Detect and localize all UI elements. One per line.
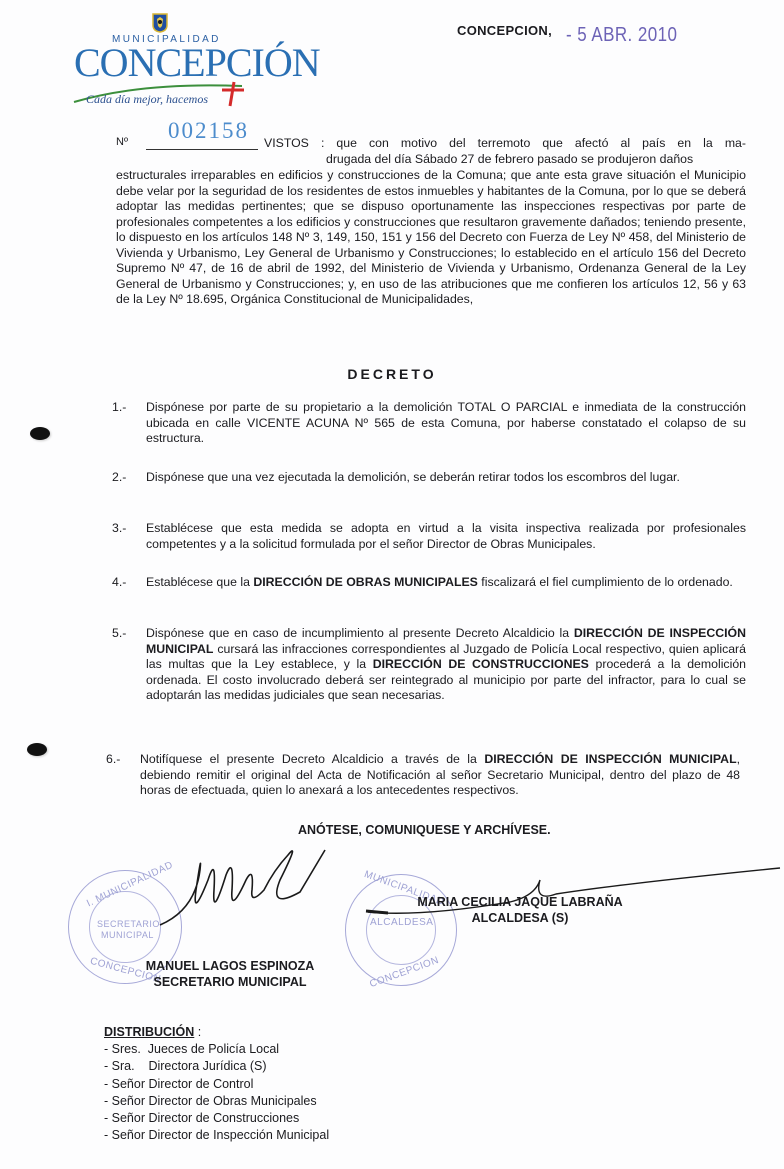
secretary-title: SECRETARIO MUNICIPAL	[130, 974, 330, 990]
decree-number-stamp: 002158	[168, 118, 249, 144]
mayor-title: ALCALDESA (S)	[400, 910, 640, 926]
decree-item-number: 4.-	[112, 575, 126, 591]
vistos-line-1: VISTOS : que con motivo del terremoto qu…	[264, 136, 746, 152]
punch-hole	[30, 427, 50, 440]
date-stamp: - 5 ABR. 2010	[566, 24, 677, 47]
decree-number-underline	[146, 149, 258, 150]
vistos-line-2: drugada del día Sábado 27 de febrero pas…	[326, 152, 746, 168]
vistos-paragraph: estructurales irreparables en edificios …	[116, 168, 746, 308]
decree-item-number: 5.-	[112, 626, 126, 642]
decree-item-text: Dispónese que en caso de incumplimiento …	[146, 626, 746, 704]
distribution-heading-suffix: :	[194, 1025, 201, 1039]
recipients: - Sres. Jueces de Policía Local- Sra. Di…	[104, 1041, 329, 1144]
decree-item: 1.-Dispónese por parte de su propietario…	[112, 400, 746, 447]
decree-item: 5.-Dispónese que en caso de incumplimien…	[112, 626, 746, 704]
distribution-heading: DISTRIBUCIÓN	[104, 1025, 194, 1039]
decree-item-text: Establécese que la DIRECCIÓN DE OBRAS MU…	[146, 575, 746, 591]
decree-item-number: 3.-	[112, 521, 126, 537]
decree-item: 2.-Dispónese que una vez ejecutada la de…	[112, 470, 746, 486]
logo-name: CONCEPCIÓN	[74, 42, 320, 84]
punch-hole	[27, 743, 47, 756]
recipient-item: - Señor Director de Obras Municipales	[104, 1093, 329, 1110]
recipient-item: - Señor Director de Construcciones	[104, 1110, 329, 1127]
decree-item-number: 6.-	[106, 752, 120, 768]
city-label: CONCEPCION,	[457, 23, 552, 38]
municipality-logo: MUNICIPALIDAD CONCEPCIÓN Cada día mejor,…	[72, 10, 252, 110]
logo-tagline: Cada día mejor, hacemos	[86, 92, 208, 107]
recipient-item: - Señor Director de Inspección Municipal	[104, 1127, 329, 1144]
decree-item: 6.-Notifíquese el presente Decreto Alcal…	[106, 752, 740, 799]
decree-item-number: 2.-	[112, 470, 126, 486]
decree-item-text: Dispónese que una vez ejecutada la demol…	[146, 470, 746, 486]
mayor-signer: MARIA CECILIA JAQUE LABRAÑA ALCALDESA (S…	[400, 894, 640, 926]
decreto-heading: DECRETO	[0, 366, 784, 382]
secretary-signer: MANUEL LAGOS ESPINOZA SECRETARIO MUNICIP…	[130, 958, 330, 990]
decree-item-text: Establécese que esta medida se adopta en…	[146, 521, 746, 552]
seal-center-text: MUNICIPAL	[101, 930, 154, 940]
decree-item-text: Notifíquese el presente Decreto Alcaldic…	[140, 752, 740, 799]
recipient-item: - Sra. Directora Jurídica (S)	[104, 1058, 329, 1075]
recipient-item: - Señor Director de Control	[104, 1076, 329, 1093]
decree-item-text: Dispónese por parte de su propietario a …	[146, 400, 746, 447]
distribution-list: DISTRIBUCIÓN : - Sres. Jueces de Policía…	[104, 1024, 329, 1144]
decree-item: 3.-Establécese que esta medida se adopta…	[112, 521, 746, 552]
decree-number-label: Nº	[116, 136, 128, 148]
decree-item-number: 1.-	[112, 400, 126, 416]
recipient-item: - Sres. Jueces de Policía Local	[104, 1041, 329, 1058]
decree-item: 4.-Establécese que la DIRECCIÓN DE OBRAS…	[112, 575, 746, 591]
secretary-signature	[150, 830, 370, 940]
coat-of-arms-icon	[152, 13, 168, 33]
decree-document-page: MUNICIPALIDAD CONCEPCIÓN Cada día mejor,…	[0, 0, 784, 1169]
secretary-name: MANUEL LAGOS ESPINOZA	[130, 958, 330, 974]
mayor-name: MARIA CECILIA JAQUE LABRAÑA	[400, 894, 640, 910]
